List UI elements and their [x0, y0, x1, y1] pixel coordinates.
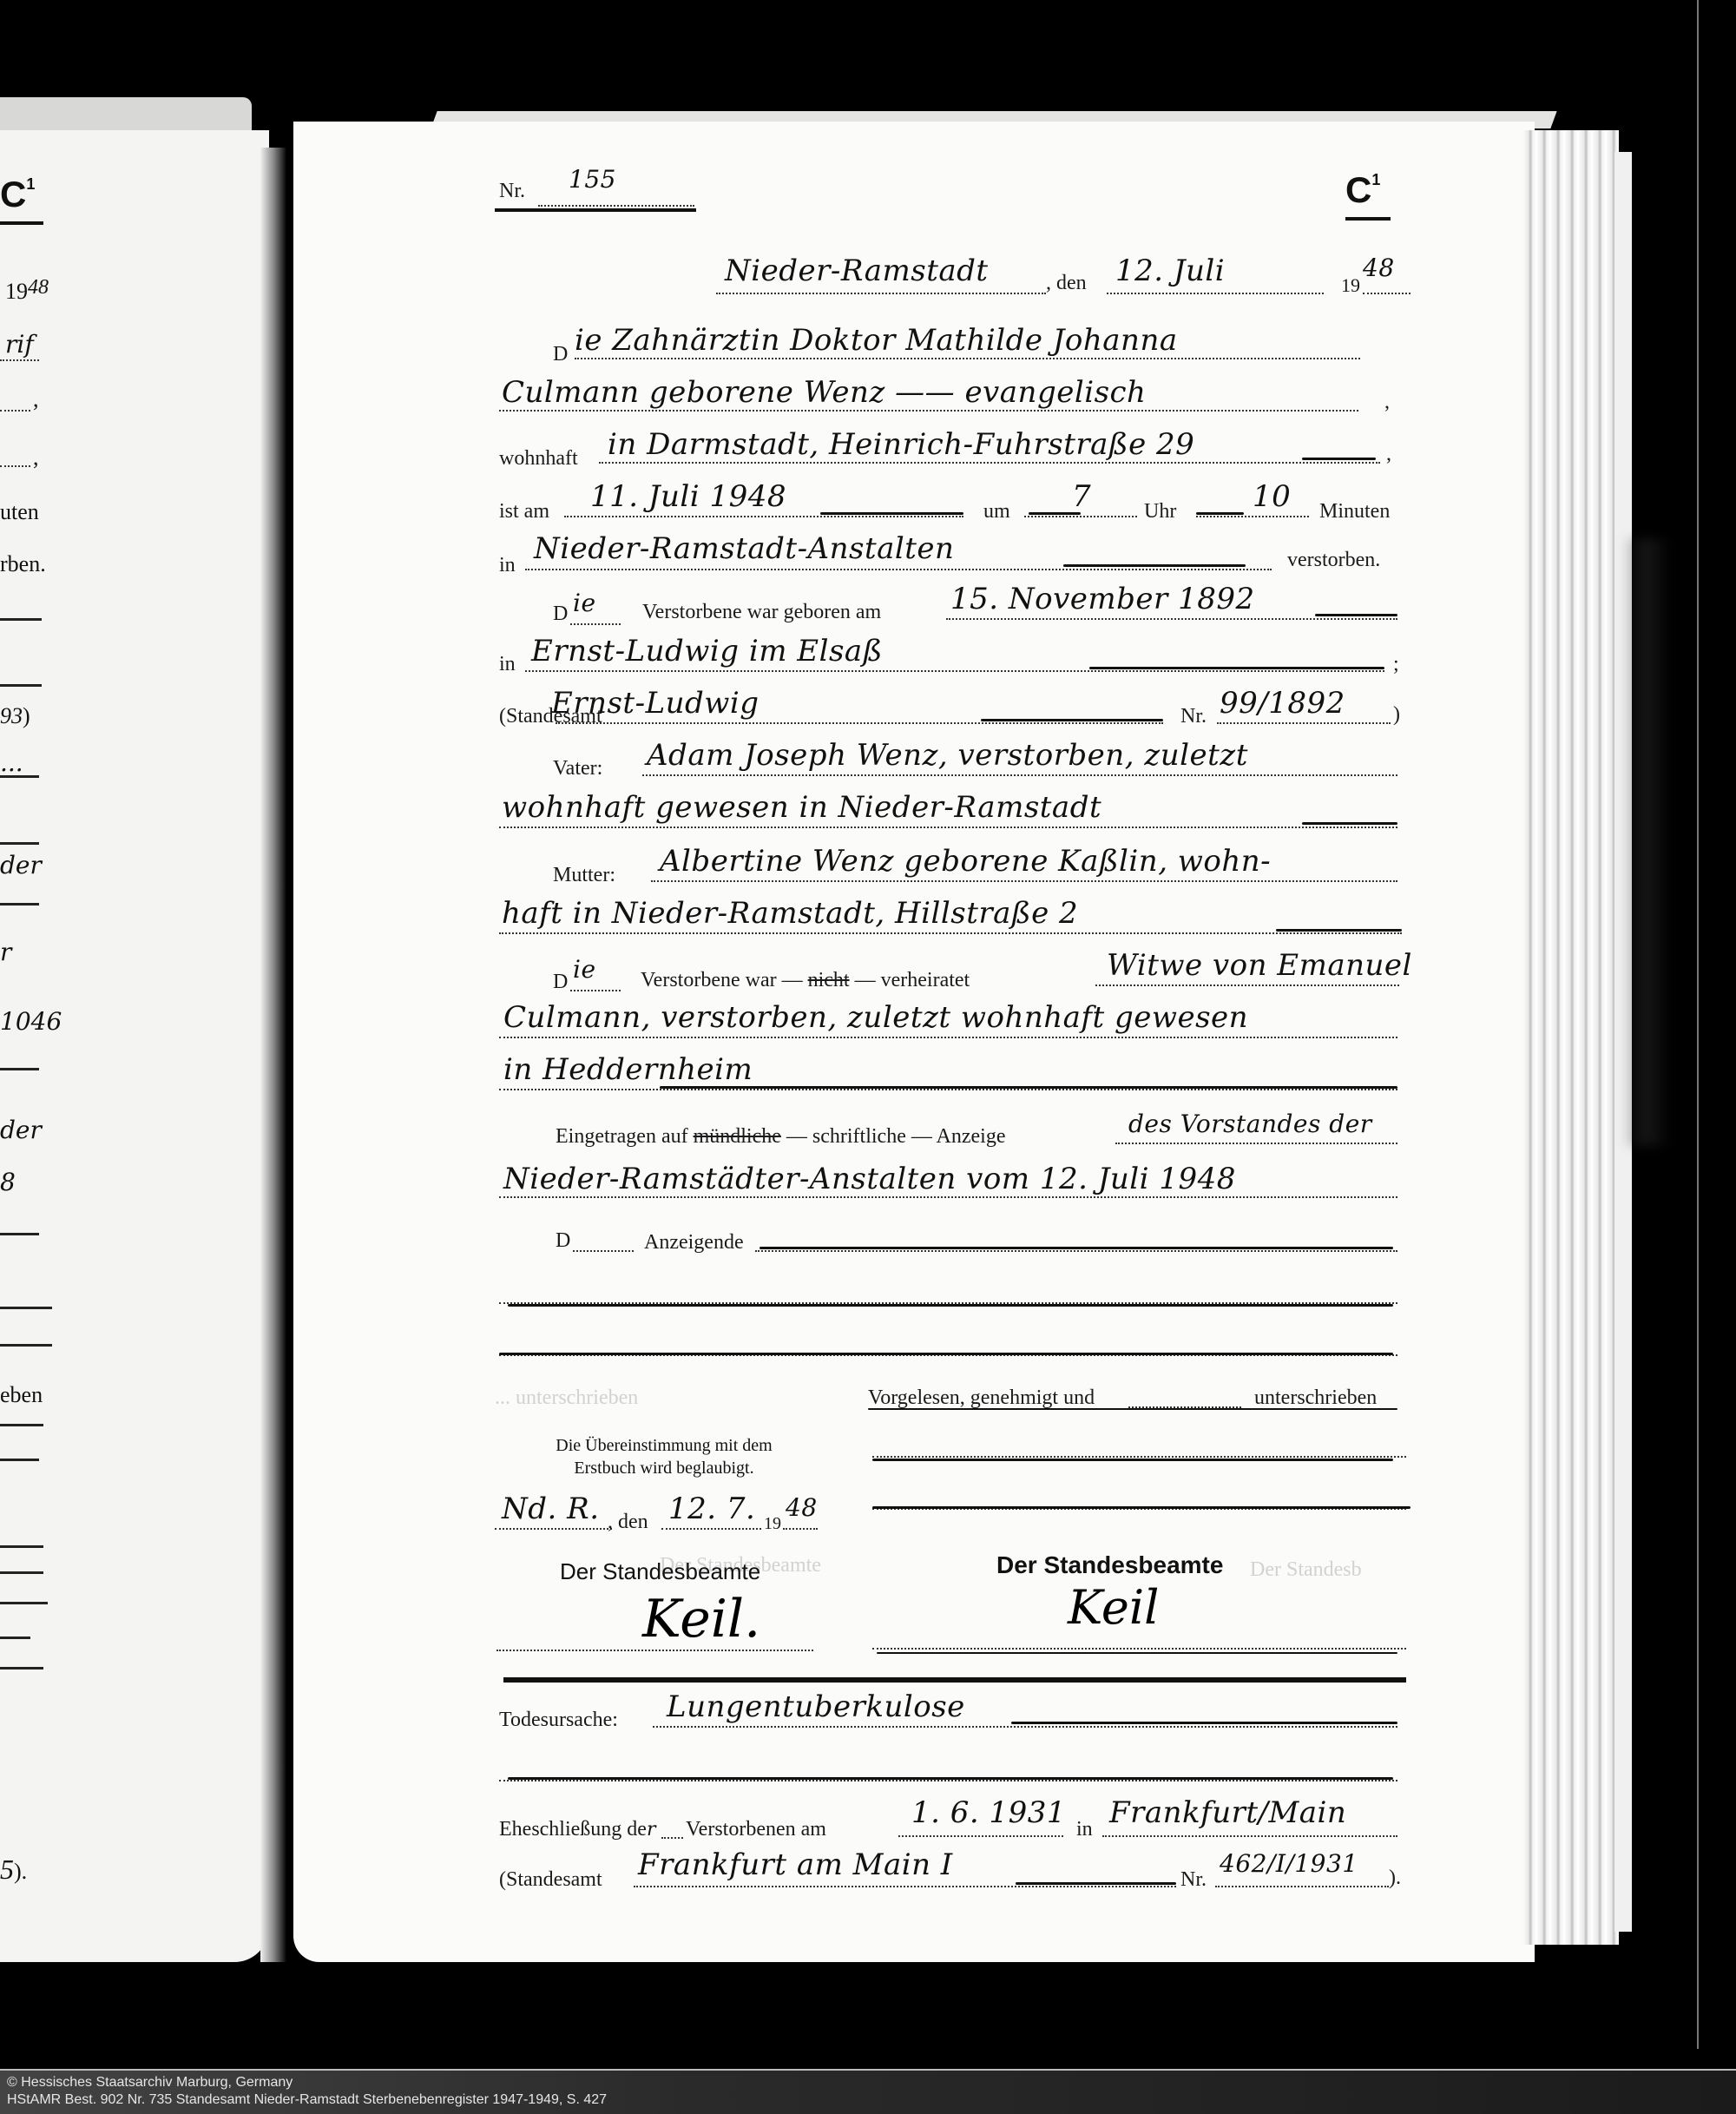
eheschliessung-suffix-line [661, 1837, 683, 1839]
birth-registry-pen-stroke [981, 719, 1163, 721]
um-label: um [983, 500, 1010, 524]
father-line-2: wohnhaft gewesen in Nieder-Ramstadt [502, 790, 1101, 825]
left-fragment-rule [0, 903, 39, 906]
birth-in-label: in [499, 653, 516, 676]
archive-footer: © Hessisches Staatsarchiv Marburg, Germa… [0, 2069, 1736, 2114]
informant-line-2-rule [499, 1196, 1397, 1198]
left-fragment-rule [0, 1307, 52, 1309]
minute-pen-stroke [1196, 512, 1244, 515]
left-fragment-rule [0, 1637, 30, 1639]
hour-line [1024, 516, 1137, 517]
birth-nr-line [1217, 722, 1391, 724]
anzeigende-pen-stroke [759, 1247, 1393, 1249]
eheschliessung-label: Eheschließung der [499, 1818, 656, 1841]
cert-den-label: , den [608, 1511, 648, 1534]
birth-nr-value: 99/1892 [1220, 686, 1345, 721]
marriage-place-value: Frankfurt/Main [1109, 1795, 1346, 1830]
cause-value: Lungentuberkulose [667, 1689, 965, 1724]
birth-date-line [946, 618, 1397, 620]
form-code: C1 [1345, 169, 1380, 211]
cert-year-prefix: 19 [764, 1514, 781, 1534]
marriage-date-line [898, 1835, 1063, 1837]
marriage-nr-label: Nr. [1180, 1868, 1207, 1892]
comma: , [1386, 443, 1391, 466]
mother-line-2: haft in Nieder-Ramstadt, Hillstraße 2 [502, 896, 1078, 931]
year-line [1363, 293, 1410, 294]
left-fragment-rule [0, 1545, 43, 1548]
signature-right-line [872, 1648, 1406, 1650]
left-fragment-rule [0, 618, 42, 621]
footer-copyright: © Hessisches Staatsarchiv Marburg, Germa… [0, 2071, 1736, 2091]
ist-am-label: ist am [499, 500, 549, 524]
standesbeamte-left-signature: Keil. [642, 1589, 760, 1650]
death-date-pen-stroke [820, 512, 963, 515]
informant-line-2: Nieder-Ramstädter-Anstalten vom 12. Juli… [503, 1162, 1236, 1196]
hour-pen-stroke [1029, 512, 1081, 515]
vater-label: Vater: [553, 757, 602, 780]
person-line-1-rule [575, 358, 1360, 359]
vorgelesen-label: Vorgelesen, genehmigt und [868, 1386, 1095, 1410]
father-line-1-rule [642, 774, 1397, 776]
left-fragment-unterschrieben: eben [0, 1382, 43, 1408]
born-label: Verstorbene war geboren am [642, 601, 881, 624]
marriage-registry-value: Frankfurt am Main I [638, 1847, 953, 1882]
left-fragment-rule [0, 1602, 48, 1604]
signature-left-line [496, 1650, 813, 1651]
residence-value: in Darmstadt, Heinrich-Fuhrstraße 29 [608, 427, 1194, 462]
left-fragment-rule [0, 1233, 39, 1235]
person-line-1: ie Zahnärztin Doktor Mathilde Johanna [575, 323, 1178, 358]
born-d-line [570, 623, 621, 625]
left-fragment-handwriting: ... [0, 748, 23, 777]
left-fragment-handwriting: der [0, 1116, 42, 1144]
left-fragment-line [0, 408, 30, 412]
left-fragment-rule [0, 775, 39, 778]
residence-line [599, 462, 1380, 464]
spouse-pen-stroke [660, 1086, 1397, 1089]
person-line-2-rule [499, 410, 1358, 412]
cert-date-value: 12. 7. [668, 1492, 755, 1526]
birth-place-value: Ernst-Ludwig im Elsaß [531, 634, 883, 668]
left-fragment-year: 1948 [5, 276, 49, 305]
left-fragment-handwriting: r [0, 938, 11, 966]
form-code-underline [1345, 217, 1391, 221]
left-fragment-rule [0, 1344, 52, 1347]
close-paren: ) [1393, 703, 1400, 727]
married-d-suffix: ie [573, 955, 596, 984]
year-prefix: 19 [1341, 274, 1360, 297]
eingetragen-label: Eingetragen auf mündliche — schriftliche… [556, 1125, 1006, 1149]
death-date-value: 11. Juli 1948 [590, 479, 786, 514]
spouse-line-1: Witwe von Emanuel [1107, 948, 1412, 983]
death-date-line [564, 516, 963, 517]
signature-pen-stroke [872, 1506, 1410, 1509]
uhr-label: Uhr [1144, 500, 1176, 524]
signature-pen-stroke [872, 1459, 1393, 1461]
birth-date-pen-stroke [1315, 614, 1397, 616]
death-place-pen-stroke [1063, 564, 1246, 567]
person-d-label: D [553, 343, 568, 366]
cause-line [653, 1726, 1397, 1728]
wohnhaft-label: wohnhaft [499, 447, 578, 471]
birth-nr-label: Nr. [1180, 705, 1207, 728]
marriage-close: ). [1389, 1867, 1401, 1890]
left-fragment-nr-end: 5). [0, 1854, 27, 1886]
minute-line [1196, 516, 1309, 517]
left-fragment-comma: , [33, 445, 39, 471]
anzeigende-d-line [573, 1250, 634, 1252]
record-nr-value: 155 [569, 165, 616, 194]
marriage-nr-line [1215, 1886, 1389, 1887]
cert-year-line [783, 1528, 818, 1530]
certification-text: Die Übereinstimmung mit demErstbuch wird… [512, 1434, 816, 1479]
mother-pen-stroke [1276, 929, 1402, 932]
left-fragment-handwriting: 8 [0, 1168, 16, 1196]
cert-date-line [661, 1528, 761, 1530]
left-fragment-rule [0, 684, 42, 687]
book-spine-shadow [260, 148, 286, 1962]
record-nr-label: Nr. [499, 180, 525, 203]
left-fragment-handwriting: rif [5, 330, 34, 359]
spouse-line-3-rule [499, 1089, 1397, 1090]
cert-place-value: Nd. R. [502, 1492, 600, 1526]
marriage-in-label: in [1076, 1818, 1093, 1841]
informant-line-1-rule [1115, 1143, 1397, 1144]
spouse-line-1-rule [1095, 985, 1399, 986]
birth-date-value: 15. November 1892 [950, 582, 1255, 616]
standesbeamte-left-label: Der Standesbeamte [560, 1558, 760, 1585]
place-line [716, 293, 1046, 294]
cert-place-line [495, 1528, 612, 1530]
marriage-nr-value: 462/I/1931 [1220, 1849, 1358, 1878]
left-fragment-minuten: uten [0, 499, 39, 525]
semicolon: ; [1393, 653, 1399, 676]
spouse-line-2: Culmann, verstorben, zuletzt wohnhaft ge… [503, 1000, 1248, 1035]
anzeigende-label: Anzeigende [644, 1231, 744, 1255]
signature-right-pen-stroke [877, 1652, 1397, 1654]
left-fragment-line [0, 464, 30, 467]
residence-pen-stroke [1302, 458, 1376, 460]
father-line-1: Adam Joseph Wenz, verstorben, zuletzt [647, 738, 1248, 773]
mother-line-1: Albertine Wenz geborene Kaßlin, wohn- [660, 844, 1271, 879]
cause-pen-stroke [508, 1777, 1393, 1780]
standesbeamte-right-signature: Keil [1068, 1580, 1159, 1635]
death-place-line [525, 569, 1272, 570]
left-fragment-handwriting: der [0, 851, 42, 879]
marriage-registry-pen-stroke [1016, 1882, 1176, 1885]
father-pen-stroke [1302, 822, 1397, 825]
birth-registry-line [556, 722, 1163, 724]
in-label: in [499, 554, 516, 577]
left-fragment-handwriting: 1046 [0, 1007, 62, 1036]
birth-place-pen-stroke [1089, 667, 1384, 669]
left-fragment-rule [0, 1571, 43, 1574]
bleedthrough-text: ... unterschrieben [495, 1386, 638, 1410]
marriage-registry-line [634, 1886, 1176, 1887]
born-d-suffix: ie [573, 589, 596, 617]
left-page [0, 130, 269, 1962]
minuten-label: Minuten [1319, 500, 1390, 524]
bleedthrough-text: Der Standesb [1250, 1558, 1362, 1582]
person-line-2: Culmann geborene Wenz —— evangelisch [502, 375, 1146, 410]
mother-line-1-rule [651, 880, 1397, 882]
book-cover-edge [1697, 0, 1699, 2049]
left-fragment-comma: , [33, 386, 39, 412]
den-label: , den [1046, 272, 1087, 295]
cause-line-2 [499, 1780, 1397, 1781]
left-fragment-rule [0, 1667, 43, 1669]
father-line-2-rule [499, 827, 1397, 828]
death-place-value: Nieder-Ramstadt-Anstalten [534, 531, 954, 566]
standesbeamte-right-label: Der Standesbeamte [996, 1551, 1223, 1579]
verstorben-label: verstorben. [1287, 549, 1380, 572]
page-stack-edge [1523, 130, 1619, 1945]
born-d-label: D [553, 603, 568, 626]
year-suffix: 48 [1363, 254, 1395, 282]
cause-pen-stroke [1011, 1722, 1397, 1724]
record-nr-underline [495, 208, 696, 212]
date-value: 12. Juli [1115, 254, 1225, 288]
married-d-line [570, 990, 621, 991]
anzeigende-d-label: D [556, 1229, 570, 1253]
place-value: Nieder-Ramstadt [725, 254, 989, 288]
record-nr-line [538, 205, 694, 207]
marriage-standesamt-label: (Standesamt [499, 1868, 602, 1892]
eheschliessung-label-b: Verstorbenen am [686, 1818, 826, 1841]
left-fragment-verstorben: rben. [0, 551, 46, 577]
spouse-line-3: in Heddernheim [503, 1052, 753, 1087]
left-form-code-underline [0, 221, 43, 225]
blank-pen-stroke [508, 1304, 1393, 1307]
scan-smudge [1623, 538, 1671, 1146]
left-fragment-rule [0, 1068, 39, 1070]
left-fragment-rule [0, 1424, 43, 1426]
cert-year-suffix: 48 [786, 1493, 818, 1522]
blank-pen-stroke [499, 1353, 1393, 1355]
minute-value: 10 [1253, 479, 1291, 514]
left-fragment-rule [0, 842, 39, 845]
section-divider [503, 1677, 1406, 1683]
comma: , [1384, 391, 1390, 414]
footer-reference: HStAMR Best. 902 Nr. 735 Standesamt Nied… [0, 2091, 1736, 2109]
informant-line-1: des Vorstandes der [1128, 1110, 1372, 1138]
unterschrieben-label: unterschrieben [1254, 1386, 1377, 1410]
married-label: Verstorbene war — nicht — verheiratet [641, 969, 970, 992]
left-fragment-nr: 93) [0, 703, 30, 729]
mother-line-2-rule [499, 932, 1402, 934]
date-line [1107, 293, 1324, 294]
hour-value: 7 [1072, 479, 1091, 514]
marriage-place-line [1102, 1835, 1397, 1837]
married-d-label: D [553, 971, 568, 994]
anzeigende-line [755, 1250, 1397, 1252]
todesursache-label: Todesursache: [499, 1709, 618, 1732]
birth-registry-value: Ernst-Ludwig [551, 686, 759, 721]
left-fragment-rule [0, 1459, 39, 1461]
signature-line [872, 1456, 1406, 1458]
marriage-date-value: 1. 6. 1931 [911, 1795, 1066, 1830]
left-form-code: C1 [0, 174, 35, 215]
birth-place-line [525, 670, 1384, 672]
spouse-line-2-rule [499, 1037, 1397, 1038]
mutter-label: Mutter: [553, 864, 615, 887]
left-fragment-line [0, 358, 39, 361]
